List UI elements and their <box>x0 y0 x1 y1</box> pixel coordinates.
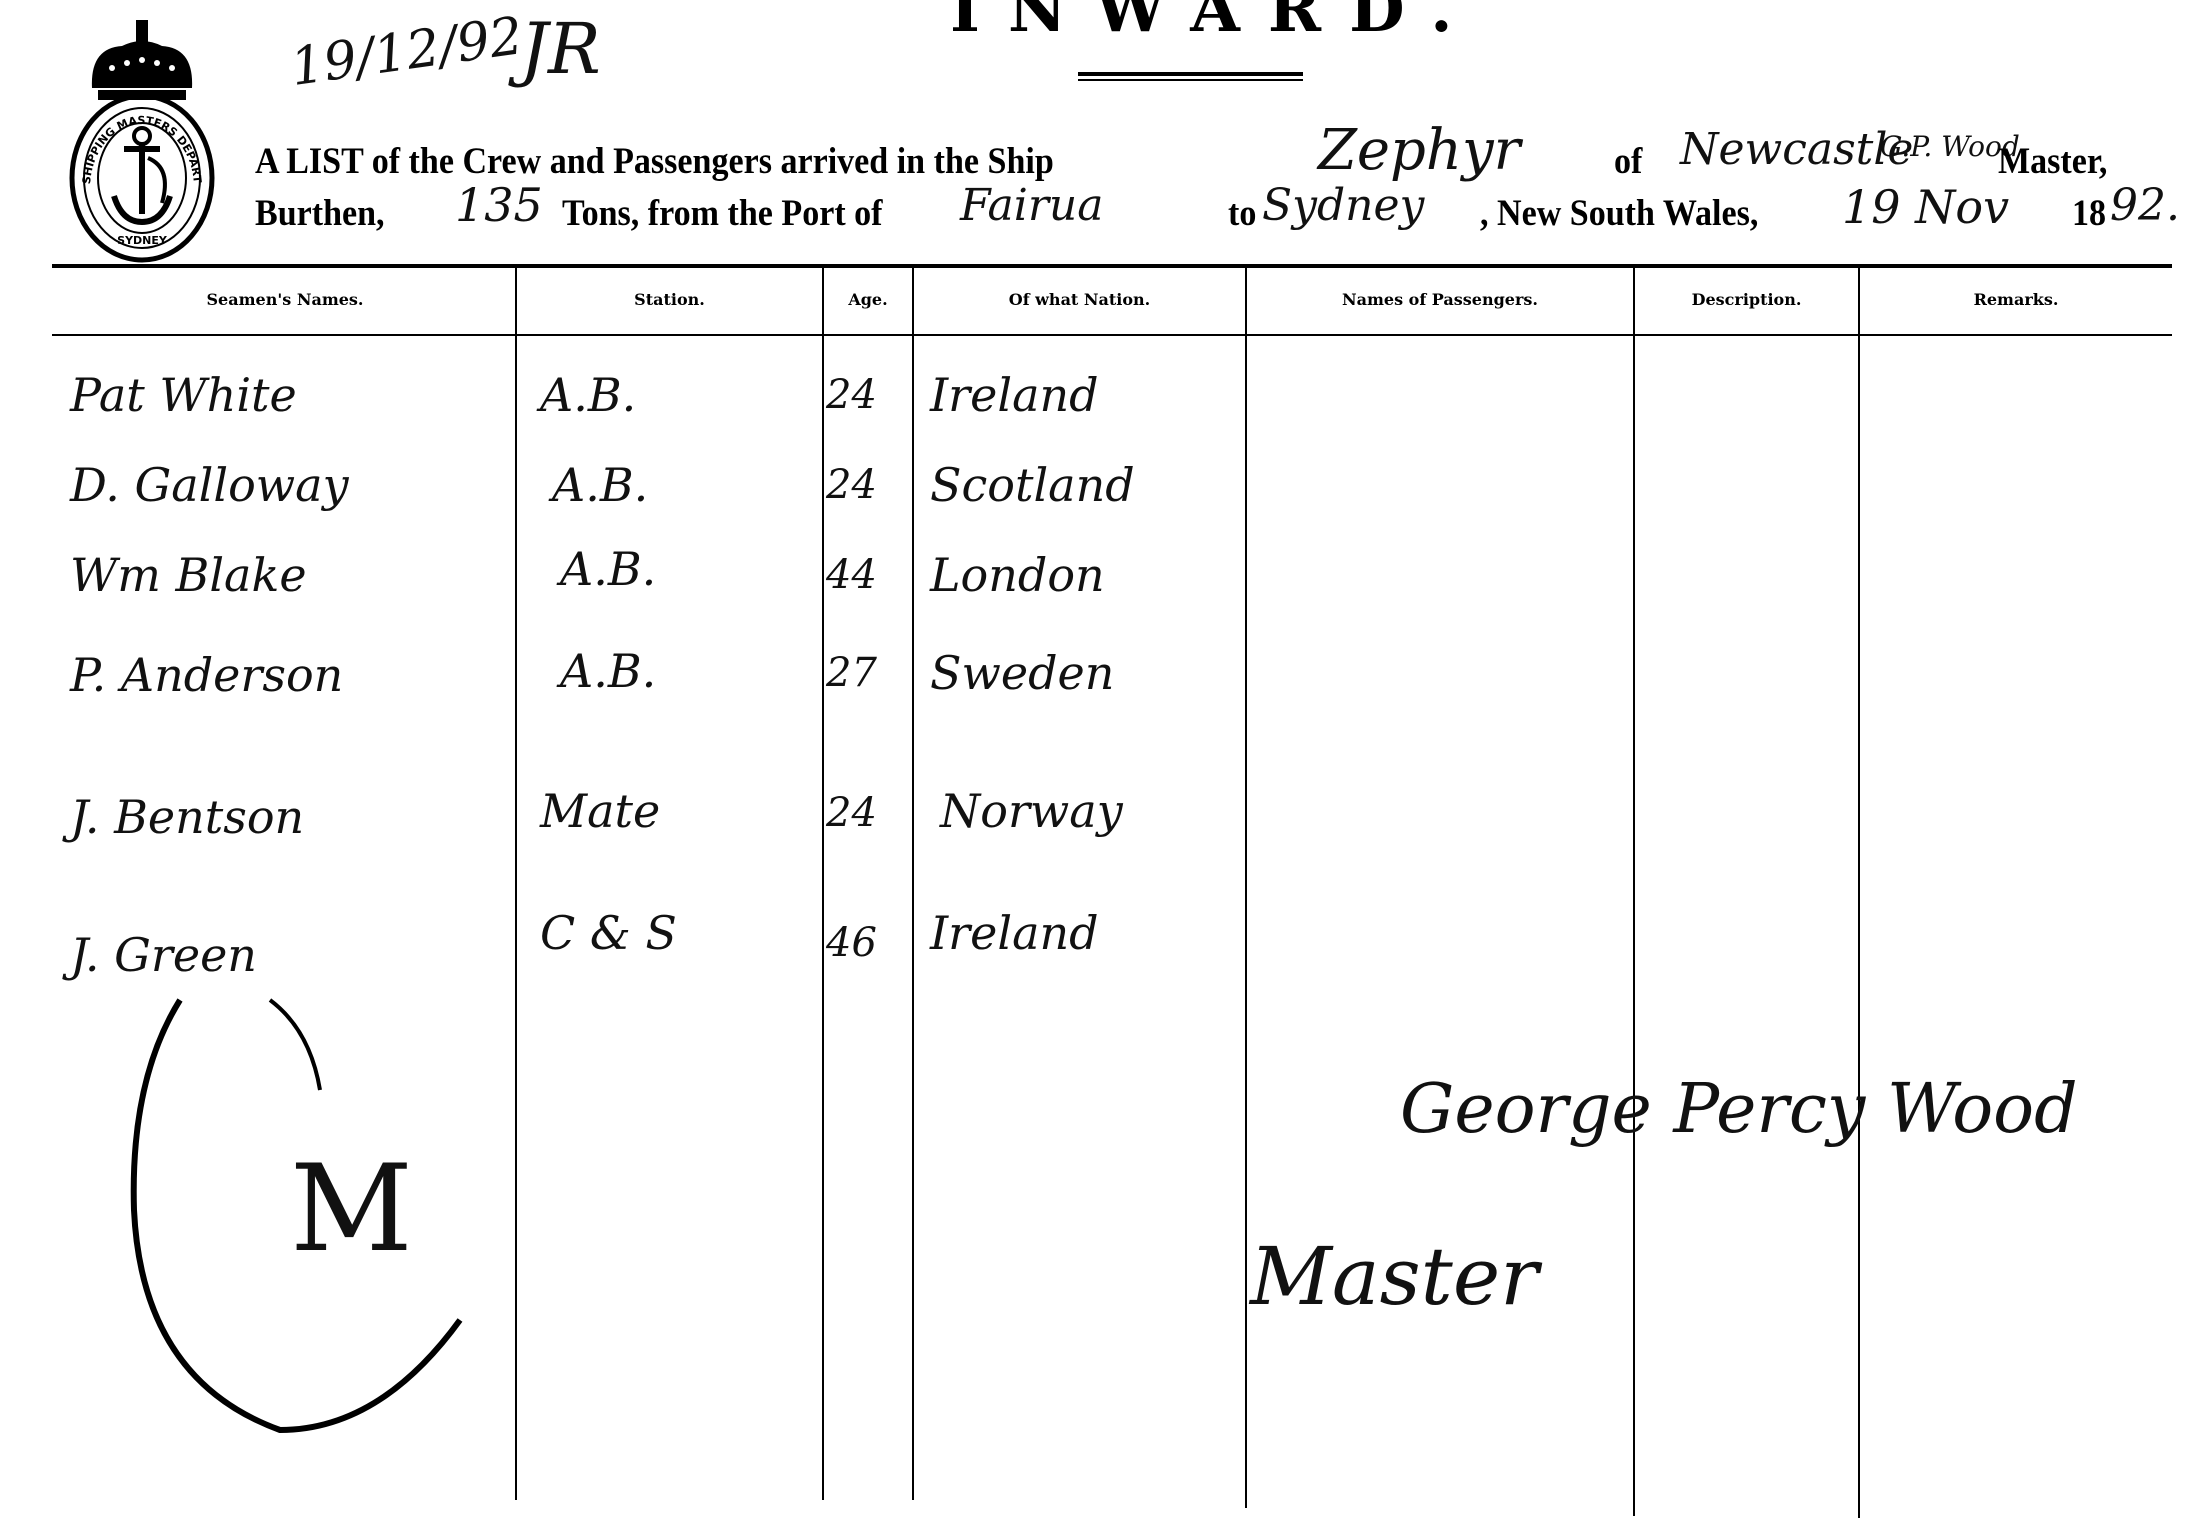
table-top-rule <box>52 264 2172 268</box>
column-divider <box>1245 268 1247 1508</box>
title-underline <box>1078 72 1303 76</box>
seaman-age: 24 <box>826 372 877 418</box>
year-prefix: 18 <box>2072 192 2106 235</box>
arrival-date-field: 19 Nov <box>1842 180 2009 234</box>
seaman-age: 44 <box>826 552 877 598</box>
from-port-field: Fairua <box>960 180 1103 231</box>
seaman-station: Mate <box>540 784 660 838</box>
to-port-field: Sydney <box>1262 180 1424 231</box>
seaman-age: 27 <box>826 650 877 696</box>
seaman-name: P. Anderson <box>70 648 343 702</box>
column-divider <box>912 268 914 1500</box>
seaman-station: A.B. <box>560 542 656 596</box>
seaman-station: A.B. <box>560 644 656 698</box>
header-line-1-prefix: A LIST of the Crew and Passengers arrive… <box>255 140 1054 183</box>
column-header-station: Station. <box>517 290 822 309</box>
column-header-seamens-names: Seamen's Names. <box>55 290 515 309</box>
seaman-station: A.B. <box>540 368 636 422</box>
table-header-rule <box>52 334 2172 336</box>
seaman-name: Pat White <box>70 368 297 422</box>
to-label: to <box>1228 192 1256 235</box>
master-title: Master <box>1250 1230 1538 1323</box>
column-header-age: Age. <box>824 290 912 309</box>
header-of-label: of <box>1614 140 1642 183</box>
seaman-name: D. Galloway <box>70 458 349 512</box>
column-header-nation: Of what Nation. <box>914 290 1245 309</box>
column-divider <box>1858 268 1860 1518</box>
column-header-passenger-names: Names of Passengers. <box>1247 290 1633 309</box>
seaman-name: J. Bentson <box>70 790 304 844</box>
document-title: INWARD. <box>950 0 1481 47</box>
seaman-name: Wm Blake <box>70 548 307 602</box>
handwritten-date-annotation: 19/12/92 <box>287 6 527 98</box>
seaman-nation: Ireland <box>930 906 1099 960</box>
shipping-masters-department-seal-icon: SHIPPING MASTERS DEPARTMENT SYDNEY <box>62 18 222 268</box>
title-underline-thin <box>1078 79 1303 81</box>
column-header-description: Description. <box>1635 290 1858 309</box>
year-suffix-field: 92. <box>2110 180 2180 231</box>
seaman-nation: Ireland <box>930 368 1099 422</box>
tons-field: 135 <box>455 178 543 232</box>
seal-bottom-text: SYDNEY <box>117 234 168 247</box>
seaman-nation: London <box>930 548 1105 602</box>
master-signature: George Percy Wood <box>1400 1070 2078 1149</box>
burthen-label: Burthen, <box>255 192 385 235</box>
column-header-remarks: Remarks. <box>1860 290 2172 309</box>
handwritten-initials: JR <box>520 8 601 90</box>
seaman-age: 24 <box>826 462 877 508</box>
state-label: , New South Wales, <box>1480 192 1758 235</box>
tons-from-port-label: Tons, from the Port of <box>562 192 883 235</box>
seaman-name: J. Green <box>70 928 257 982</box>
seaman-station: A.B. <box>552 458 648 512</box>
seaman-nation: Scotland <box>930 458 1135 512</box>
circled-mark-letter: M <box>290 1140 413 1279</box>
seaman-station: C & S <box>540 906 677 960</box>
column-divider <box>1633 268 1635 1516</box>
seaman-age: 46 <box>826 920 877 966</box>
seaman-nation: Norway <box>940 784 1123 838</box>
column-divider <box>822 268 824 1500</box>
home-port-field: Newcastle <box>1680 124 1913 175</box>
seaman-nation: Sweden <box>930 646 1114 700</box>
seaman-age: 24 <box>826 790 877 836</box>
header-master-label: Master, <box>1998 140 2107 183</box>
column-divider <box>515 268 517 1500</box>
ship-name-field: Zephyr <box>1318 118 1520 183</box>
